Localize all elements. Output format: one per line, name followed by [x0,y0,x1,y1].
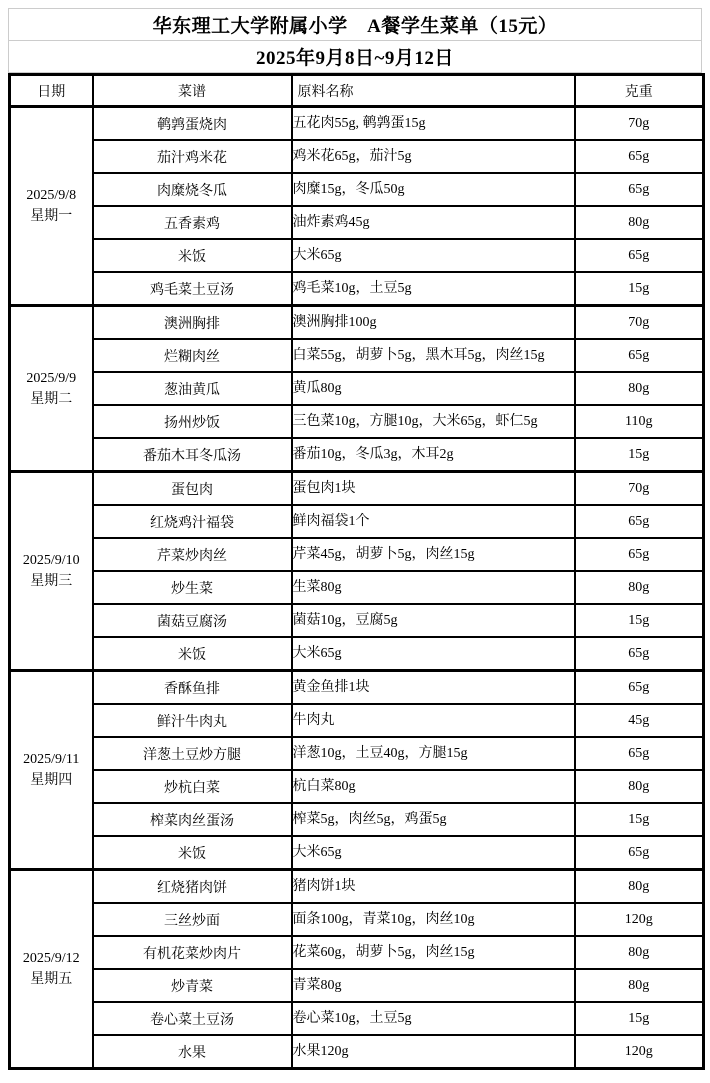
dish-cell: 三丝炒面 [93,903,292,936]
weight-cell: 120g [575,903,704,936]
dish-cell: 炒青菜 [93,969,292,1002]
ingredients-text: 芹菜45g，胡萝卜5g，肉丝15g [293,545,574,564]
ingredients-cell: 卷心菜10g，土豆5g [292,1002,575,1035]
menu-row: 米饭大米65g65g [10,239,704,272]
ingredients-text: 大米65g [293,644,574,663]
page-title: 华东理工大学附属小学 A餐学生菜单（15元） [9,9,701,40]
weight-cell: 65g [575,140,704,173]
dish-cell: 葱油黄瓜 [93,372,292,405]
menu-row: 2025/9/8星期一鹌鹑蛋烧肉五花肉55g, 鹌鹑蛋15g70g [10,107,704,141]
ingredients-cell: 榨菜5g，肉丝5g，鸡蛋5g [292,803,575,836]
weight-cell: 65g [575,239,704,272]
dish-cell: 鹌鹑蛋烧肉 [93,107,292,141]
ingredients-cell: 鲜肉福袋1个 [292,505,575,538]
menu-row: 洋葱土豆炒方腿洋葱10g，土豆40g，方腿15g65g [10,737,704,770]
ingredients-cell: 白菜55g，胡萝卜5g，黑木耳5g，肉丝15g [292,339,575,372]
menu-row: 五香素鸡油炸素鸡45g80g [10,206,704,239]
menu-row: 番茄木耳冬瓜汤番茄10g，冬瓜3g，木耳2g15g [10,438,704,472]
menu-row: 炒生菜生菜80g80g [10,571,704,604]
ingredients-cell: 杭白菜80g [292,770,575,803]
dish-cell: 有机花菜炒肉片 [93,936,292,969]
ingredients-text: 菌菇10g，豆腐5g [293,611,574,630]
menu-row: 肉糜烧冬瓜肉糜15g，冬瓜50g65g [10,173,704,206]
weekday-value: 星期一 [11,206,92,227]
ingredients-text: 榨菜5g，肉丝5g，鸡蛋5g [293,810,574,829]
dish-cell: 红烧鸡汁福袋 [93,505,292,538]
date-cell: 2025/9/8星期一 [10,107,93,306]
menu-row: 榨菜肉丝蛋汤榨菜5g，肉丝5g，鸡蛋5g15g [10,803,704,836]
ingredients-cell: 三色菜10g，方腿10g，大米65g，虾仁5g [292,405,575,438]
dish-cell: 炒生菜 [93,571,292,604]
weight-cell: 80g [575,936,704,969]
weekday-value: 星期二 [11,389,92,410]
ingredients-text: 鲜肉福袋1个 [293,512,574,531]
table-body: 2025/9/8星期一鹌鹑蛋烧肉五花肉55g, 鹌鹑蛋15g70g茄汁鸡米花鸡米… [10,107,704,1069]
weekday-value: 星期四 [11,770,92,791]
dish-cell: 蛋包肉 [93,472,292,506]
weight-cell: 80g [575,870,704,904]
date-cell: 2025/9/10星期三 [10,472,93,671]
ingredients-text: 大米65g [293,246,574,265]
dish-cell: 菌菇豆腐汤 [93,604,292,637]
date-cell: 2025/9/9星期二 [10,306,93,472]
menu-row: 红烧鸡汁福袋鲜肉福袋1个65g [10,505,704,538]
menu-row: 卷心菜土豆汤卷心菜10g，土豆5g15g [10,1002,704,1035]
weight-cell: 65g [575,505,704,538]
date-value: 2025/9/9 [11,368,92,389]
menu-row: 2025/9/12星期五红烧猪肉饼猪肉饼1块80g [10,870,704,904]
weight-cell: 15g [575,604,704,637]
ingredients-cell: 鸡米花65g，茄汁5g [292,140,575,173]
dish-cell: 鸡毛菜土豆汤 [93,272,292,306]
ingredients-text: 白菜55g，胡萝卜5g，黑木耳5g，肉丝15g [293,346,574,365]
ingredients-text: 澳洲胸排100g [293,313,574,332]
date-value: 2025/9/10 [11,550,92,571]
weight-cell: 65g [575,836,704,870]
dish-cell: 水果 [93,1035,292,1069]
menu-row: 茄汁鸡米花鸡米花65g，茄汁5g65g [10,140,704,173]
menu-row: 2025/9/11星期四香酥鱼排黄金鱼排1块65g [10,671,704,705]
ingredients-text: 鸡毛菜10g，土豆5g [293,279,574,298]
weight-cell: 65g [575,538,704,571]
menu-row: 炒青菜青菜80g80g [10,969,704,1002]
weight-cell: 80g [575,969,704,1002]
weight-cell: 15g [575,803,704,836]
ingredients-cell: 黄金鱼排1块 [292,671,575,705]
menu-row: 芹菜炒肉丝芹菜45g，胡萝卜5g，肉丝15g65g [10,538,704,571]
date-value: 2025/9/8 [11,185,92,206]
weight-cell: 65g [575,737,704,770]
ingredients-cell: 洋葱10g，土豆40g，方腿15g [292,737,575,770]
ingredients-cell: 澳洲胸排100g [292,306,575,340]
ingredients-text: 蛋包肉1块 [293,479,574,498]
ingredients-text: 黄金鱼排1块 [293,678,574,697]
ingredients-cell: 面条100g，青菜10g，肉丝10g [292,903,575,936]
weight-cell: 15g [575,1002,704,1035]
menu-row: 炒杭白菜杭白菜80g80g [10,770,704,803]
dish-cell: 烂糊肉丝 [93,339,292,372]
ingredients-text: 水果120g [293,1042,574,1061]
header-row: 日期 菜谱 原料名称 克重 [10,75,704,107]
dish-cell: 肉糜烧冬瓜 [93,173,292,206]
menu-row: 扬州炒饭三色菜10g，方腿10g，大米65g，虾仁5g110g [10,405,704,438]
menu-row: 2025/9/10星期三蛋包肉蛋包肉1块70g [10,472,704,506]
dish-cell: 榨菜肉丝蛋汤 [93,803,292,836]
dish-cell: 米饭 [93,836,292,870]
ingredients-cell: 牛肉丸 [292,704,575,737]
dish-cell: 香酥鱼排 [93,671,292,705]
ingredients-text: 鸡米花65g，茄汁5g [293,147,574,166]
table-header: 日期 菜谱 原料名称 克重 [10,75,704,107]
ingredients-text: 杭白菜80g [293,777,574,796]
menu-row: 烂糊肉丝白菜55g，胡萝卜5g，黑木耳5g，肉丝15g65g [10,339,704,372]
menu-row: 菌菇豆腐汤菌菇10g，豆腐5g15g [10,604,704,637]
ingredients-cell: 花菜60g，胡萝卜5g，肉丝15g [292,936,575,969]
dish-cell: 米饭 [93,637,292,671]
weight-cell: 65g [575,339,704,372]
ingredients-cell: 猪肉饼1块 [292,870,575,904]
ingredients-text: 生菜80g [293,578,574,597]
dish-cell: 米饭 [93,239,292,272]
weight-cell: 120g [575,1035,704,1069]
weekday-value: 星期五 [11,969,92,990]
ingredients-cell: 大米65g [292,836,575,870]
menu-table: 日期 菜谱 原料名称 克重 2025/9/8星期一鹌鹑蛋烧肉五花肉55g, 鹌鹑… [8,73,705,1070]
weight-cell: 70g [575,107,704,141]
date-value: 2025/9/11 [11,749,92,770]
menu-row: 三丝炒面面条100g，青菜10g，肉丝10g120g [10,903,704,936]
weight-cell: 65g [575,637,704,671]
ingredients-cell: 番茄10g，冬瓜3g，木耳2g [292,438,575,472]
dish-cell: 卷心菜土豆汤 [93,1002,292,1035]
col-header-ingredients: 原料名称 [292,75,575,107]
menu-row: 有机花菜炒肉片花菜60g，胡萝卜5g，肉丝15g80g [10,936,704,969]
dish-cell: 红烧猪肉饼 [93,870,292,904]
ingredients-text: 三色菜10g，方腿10g，大米65g，虾仁5g [293,412,574,431]
ingredients-text: 洋葱10g，土豆40g，方腿15g [293,744,574,763]
dish-cell: 五香素鸡 [93,206,292,239]
dish-cell: 茄汁鸡米花 [93,140,292,173]
ingredients-text: 大米65g [293,843,574,862]
menu-row: 鲜汁牛肉丸牛肉丸45g [10,704,704,737]
ingredients-text: 番茄10g，冬瓜3g，木耳2g [293,445,574,464]
dish-cell: 芹菜炒肉丝 [93,538,292,571]
ingredients-cell: 五花肉55g, 鹌鹑蛋15g [292,107,575,141]
ingredients-cell: 水果120g [292,1035,575,1069]
menu-row: 米饭大米65g65g [10,836,704,870]
dish-cell: 洋葱土豆炒方腿 [93,737,292,770]
ingredients-cell: 蛋包肉1块 [292,472,575,506]
menu-row: 水果水果120g120g [10,1035,704,1069]
dish-cell: 澳洲胸排 [93,306,292,340]
ingredients-text: 青菜80g [293,976,574,995]
weekday-value: 星期三 [11,571,92,592]
ingredients-cell: 大米65g [292,239,575,272]
menu-row: 2025/9/9星期二澳洲胸排澳洲胸排100g70g [10,306,704,340]
ingredients-text: 猪肉饼1块 [293,877,574,896]
ingredients-cell: 肉糜15g，冬瓜50g [292,173,575,206]
weight-cell: 80g [575,372,704,405]
dish-cell: 扬州炒饭 [93,405,292,438]
date-cell: 2025/9/12星期五 [10,870,93,1069]
weight-cell: 80g [575,571,704,604]
col-header-dish: 菜谱 [93,75,292,107]
ingredients-cell: 芹菜45g，胡萝卜5g，肉丝15g [292,538,575,571]
dish-cell: 番茄木耳冬瓜汤 [93,438,292,472]
date-range: 2025年9月8日~9月12日 [9,40,701,72]
weight-cell: 45g [575,704,704,737]
weight-cell: 15g [575,438,704,472]
ingredients-text: 牛肉丸 [293,711,574,730]
weight-cell: 80g [575,206,704,239]
dish-cell: 鲜汁牛肉丸 [93,704,292,737]
ingredients-text: 黄瓜80g [293,379,574,398]
ingredients-text: 面条100g，青菜10g，肉丝10g [293,910,574,929]
weight-cell: 15g [575,272,704,306]
ingredients-cell: 青菜80g [292,969,575,1002]
weight-cell: 70g [575,472,704,506]
menu-row: 葱油黄瓜黄瓜80g80g [10,372,704,405]
ingredients-text: 卷心菜10g，土豆5g [293,1009,574,1028]
weight-cell: 65g [575,671,704,705]
dish-cell: 炒杭白菜 [93,770,292,803]
menu-sheet: 华东理工大学附属小学 A餐学生菜单（15元） 2025年9月8日~9月12日 日… [8,8,702,1070]
ingredients-text: 油炸素鸡45g [293,213,574,232]
ingredients-text: 肉糜15g，冬瓜50g [293,180,574,199]
ingredients-cell: 油炸素鸡45g [292,206,575,239]
ingredients-cell: 黄瓜80g [292,372,575,405]
weight-cell: 65g [575,173,704,206]
ingredients-text: 花菜60g，胡萝卜5g，肉丝15g [293,943,574,962]
col-header-weight: 克重 [575,75,704,107]
ingredients-cell: 大米65g [292,637,575,671]
ingredients-text: 五花肉55g, 鹌鹑蛋15g [293,114,574,133]
weight-cell: 80g [575,770,704,803]
col-header-date: 日期 [10,75,93,107]
date-value: 2025/9/12 [11,948,92,969]
weight-cell: 70g [575,306,704,340]
menu-row: 米饭大米65g65g [10,637,704,671]
ingredients-cell: 鸡毛菜10g，土豆5g [292,272,575,306]
weight-cell: 110g [575,405,704,438]
date-cell: 2025/9/11星期四 [10,671,93,870]
ingredients-cell: 菌菇10g，豆腐5g [292,604,575,637]
ingredients-cell: 生菜80g [292,571,575,604]
title-block: 华东理工大学附属小学 A餐学生菜单（15元） 2025年9月8日~9月12日 [8,8,702,73]
menu-row: 鸡毛菜土豆汤鸡毛菜10g，土豆5g15g [10,272,704,306]
